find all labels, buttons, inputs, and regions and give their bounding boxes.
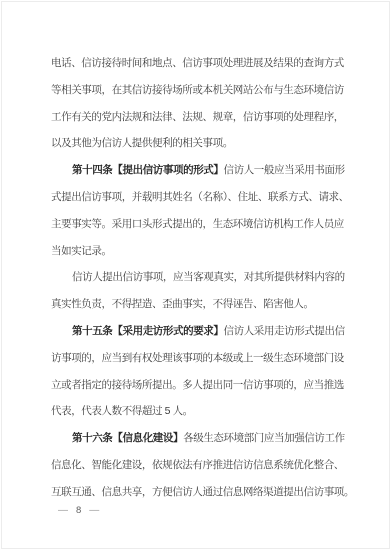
- document-page: 电话、信访接待时间和地点、信访事项处理进展及结果的查询方式 等相关事项，在其信访…: [1, 1, 390, 549]
- text-line: 主要事实等。采用口头形式提出的，生态环境信访机构工作人员应: [51, 211, 351, 238]
- line-text: 当如实记录。: [51, 245, 112, 257]
- line-text: 信访人采用走访形式提出信: [224, 325, 345, 337]
- line-text: 工作有关的党内法规和法律、法规、规章，信访事项的处理程序，: [51, 111, 344, 123]
- text-line: 真实性负责，不得捏造、歪曲事实，不得诬告、陷害他人。: [51, 291, 351, 318]
- footer-dash-right: —: [89, 505, 99, 516]
- line-text: 等相关事项，在其信访接待场所或本机关网站公布与生态环境信访: [51, 84, 344, 96]
- line-text: 访事项的，应当到有权处理该事项的本级或上一级生态环境部门设: [51, 352, 344, 364]
- text-line: 工作有关的党内法规和法律、法规、规章，信访事项的处理程序，: [51, 104, 351, 131]
- document-body: 电话、信访接待时间和地点、信访事项处理进展及结果的查询方式 等相关事项，在其信访…: [51, 50, 351, 506]
- line-text: 主要事实等。采用口头形式提出的，生态环境信访机构工作人员应: [51, 218, 344, 230]
- article-14-heading: 第十四条【提出信访事项的形式】: [72, 164, 224, 176]
- text-line: 电话、信访接待时间和地点、信访事项处理进展及结果的查询方式: [51, 50, 351, 77]
- article-16-heading: 第十六条【信息化建设】: [72, 432, 183, 444]
- text-line: 以及其他为信访人提供便利的相关事项。: [51, 130, 351, 157]
- text-line: 信息化、智能化建设，依规依法有序推进信访信息系统优化整合、: [51, 452, 351, 479]
- line-text: 代表，代表人数不得超过 5 人。: [51, 405, 193, 417]
- line-text: 以及其他为信访人提供便利的相关事项。: [51, 137, 233, 149]
- text-line-article-14: 第十四条【提出信访事项的形式】信访人一般应当采用书面形: [51, 157, 351, 184]
- line-text: 信访人提出信访事项，应当客观真实，对其所提供材料内容的: [72, 271, 345, 283]
- article-15-heading: 第十五条【采用走访形式的要求】: [72, 325, 224, 337]
- line-text: 各级生态环境部门应当加强信访工作: [183, 432, 345, 444]
- line-text: 式提出信访事项，并载明其姓名（名称）、住址、联系方式、请求、: [51, 191, 349, 203]
- line-text: 信访人一般应当采用书面形: [224, 164, 345, 176]
- line-text: 真实性负责，不得捏造、歪曲事实，不得诬告、陷害他人。: [51, 298, 314, 310]
- text-line: 立或者指定的接待场所提出。多人提出同一信访事项的，应当推选: [51, 372, 351, 399]
- page-number: 8: [76, 505, 81, 516]
- line-text: 立或者指定的接待场所提出。多人提出同一信访事项的，应当推选: [51, 379, 344, 391]
- text-line: 当如实记录。: [51, 238, 351, 265]
- text-line-article-15: 第十五条【采用走访形式的要求】信访人采用走访形式提出信: [51, 318, 351, 345]
- page-footer: —8—: [58, 503, 99, 519]
- footer-dash-left: —: [58, 505, 68, 516]
- text-line: 信访人提出信访事项，应当客观真实，对其所提供材料内容的: [51, 264, 351, 291]
- text-line: 代表，代表人数不得超过 5 人。: [51, 398, 351, 425]
- text-line: 等相关事项，在其信访接待场所或本机关网站公布与生态环境信访: [51, 77, 351, 104]
- line-text: 互联互通、信息共享，方便信访人通过信息网络渠道提出信访事项。: [51, 486, 354, 498]
- text-line: 式提出信访事项，并载明其姓名（名称）、住址、联系方式、请求、: [51, 184, 351, 211]
- text-line: 互联互通、信息共享，方便信访人通过信息网络渠道提出信访事项。: [51, 479, 351, 506]
- line-text: 信息化、智能化建设，依规依法有序推进信访信息系统优化整合、: [51, 459, 344, 471]
- line-text: 电话、信访接待时间和地点、信访事项处理进展及结果的查询方式: [51, 57, 344, 69]
- text-line: 访事项的，应当到有权处理该事项的本级或上一级生态环境部门设: [51, 345, 351, 372]
- text-line-article-16: 第十六条【信息化建设】各级生态环境部门应当加强信访工作: [51, 425, 351, 452]
